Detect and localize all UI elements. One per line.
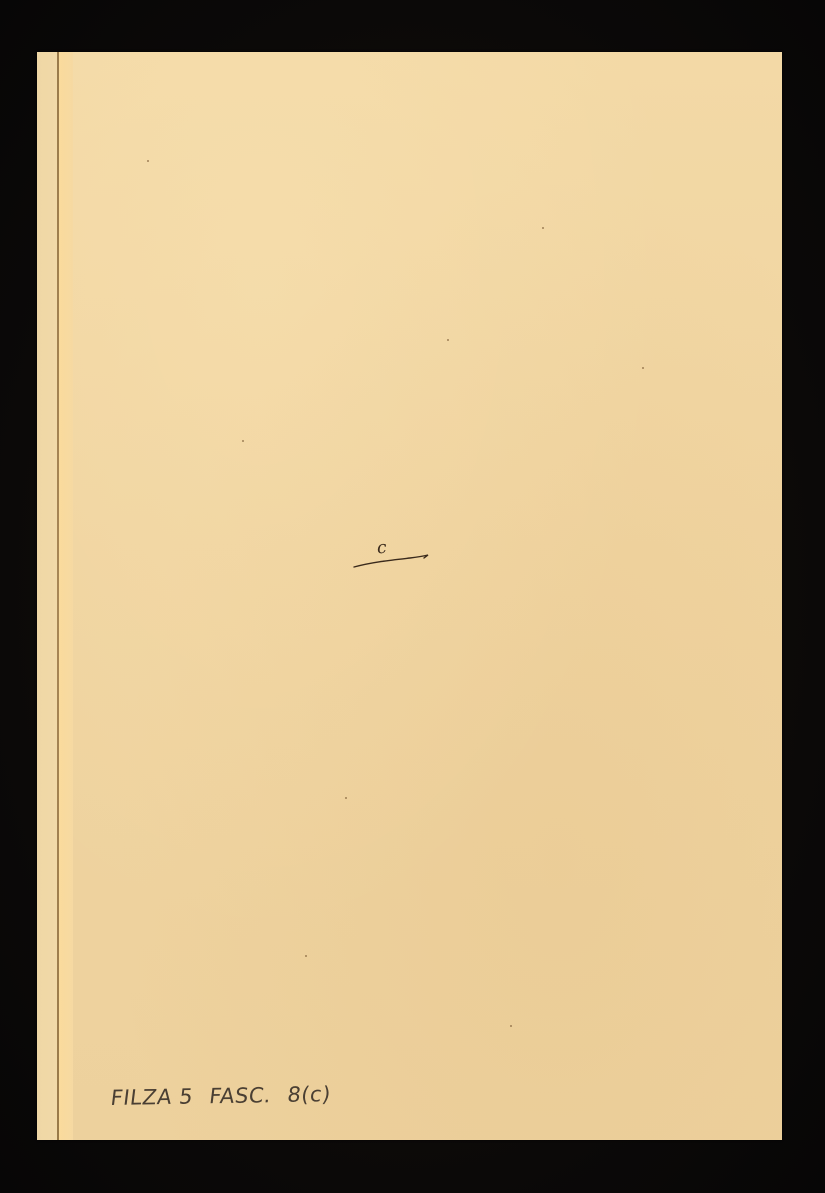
archive-file-number: FILZA 5 — [109, 1085, 194, 1110]
document-sheet: c FILZA 5 FASC. 8(c) — [37, 52, 782, 1140]
paper-speck — [447, 339, 449, 341]
left-margin-strip — [37, 52, 57, 1140]
archive-fascicle-number: 8(c) — [286, 1082, 332, 1107]
section-mark-underline — [352, 552, 432, 572]
archive-reference-label: FILZA 5 FASC. 8(c) — [109, 1082, 341, 1110]
archive-fascicle-label: FASC. — [208, 1083, 273, 1108]
paper-speck — [542, 227, 544, 229]
paper-speck — [642, 367, 644, 369]
paper-edge-strip — [59, 52, 73, 1140]
paper-speck — [305, 955, 307, 957]
paper-speck — [147, 160, 149, 162]
paper-speck — [345, 797, 347, 799]
paper-speck — [510, 1025, 512, 1027]
paper-speck — [242, 440, 244, 442]
